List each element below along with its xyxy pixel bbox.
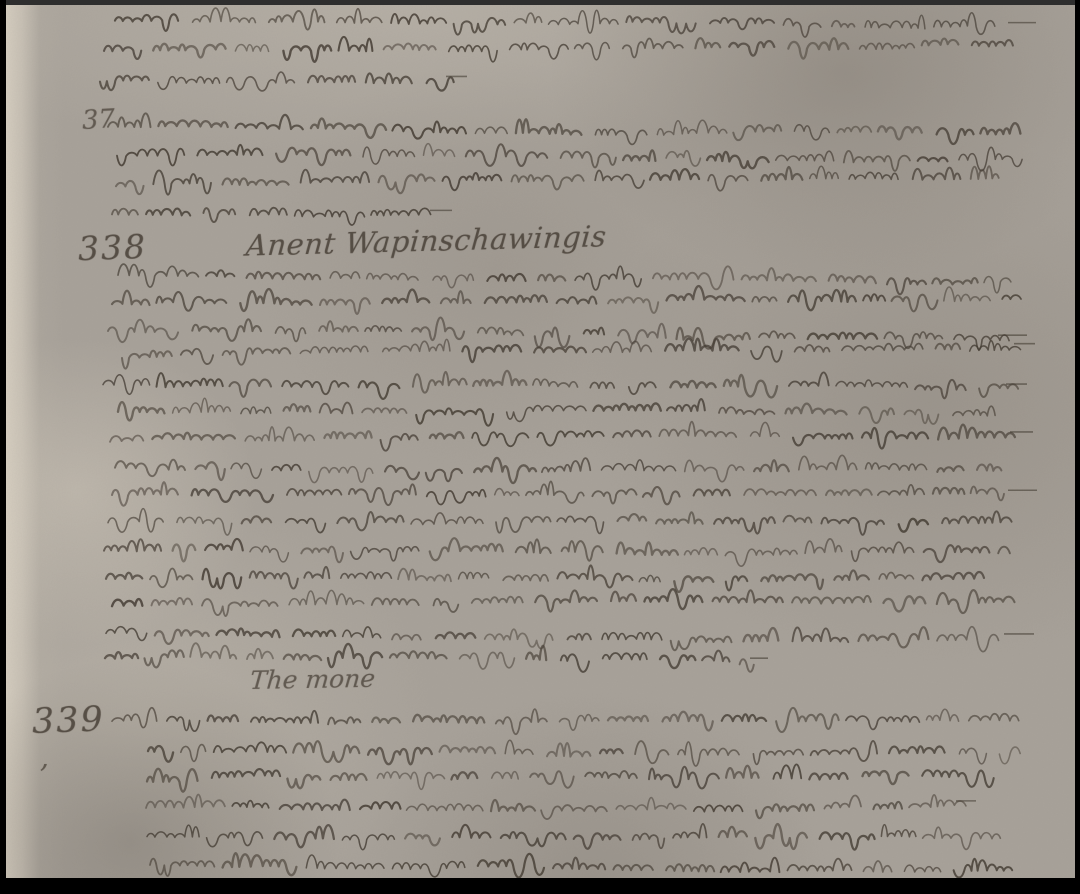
script-line-para-337-l2 — [844, 151, 910, 171]
script-line-para-339-l4 — [616, 798, 686, 810]
script-line-para-339-l2 — [959, 748, 986, 764]
script-line-para-338-l2 — [240, 289, 311, 311]
script-line-para-338-l5 — [590, 382, 614, 388]
script-line-para-338-l2 — [441, 291, 471, 303]
script-line-para-337-l3 — [708, 175, 748, 191]
script-line-para-338-l5 — [282, 381, 348, 394]
script-line-para-338-l15 — [284, 654, 322, 660]
script-line-para-338-l7 — [324, 431, 371, 438]
script-line-para-339-l2 — [600, 749, 623, 753]
script-line-para-339-l5 — [405, 834, 440, 846]
script-line-para-338-l14 — [858, 627, 928, 647]
script-line-para-337-l3 — [153, 170, 211, 194]
script-line-para-336-end-l1 — [865, 15, 925, 29]
script-line-para-337-l2 — [276, 148, 350, 165]
script-line-para-337-l1 — [158, 120, 227, 127]
script-line-para-338-l14 — [106, 627, 147, 641]
script-line-para-338-l6 — [284, 404, 311, 411]
script-line-para-338-l6 — [416, 408, 493, 425]
script-line-para-339-l6 — [306, 855, 384, 869]
script-line-para-339-l3 — [809, 773, 847, 779]
script-line-para-339-l5 — [342, 834, 394, 850]
photo-left-edge — [0, 0, 6, 894]
script-line-para-338-l4 — [665, 339, 739, 351]
script-line-para-339-l6 — [223, 853, 297, 875]
script-line-para-337-l2 — [623, 150, 655, 161]
script-line-para-338-l5 — [533, 379, 578, 387]
script-line-para-338-l14 — [392, 634, 421, 640]
margin-number-338: 338 — [77, 230, 147, 265]
script-line-para-337-l2 — [707, 152, 769, 168]
script-line-para-338-l14 — [744, 628, 779, 641]
script-line-para-336-end-l1 — [269, 9, 325, 29]
script-line-para-338-l11 — [562, 541, 603, 561]
script-line-para-338-l4 — [795, 345, 830, 352]
script-line-para-338-l5 — [915, 380, 966, 398]
script-line-para-339-l1 — [846, 716, 920, 729]
script-line-para-338-l5 — [670, 381, 715, 388]
script-line-para-338-l11 — [998, 547, 1010, 554]
script-line-para-339-l3 — [147, 769, 198, 792]
script-line-para-338-l11 — [205, 539, 243, 550]
script-line-para-337-l4 — [295, 210, 365, 225]
script-line-para-338-l8 — [474, 458, 536, 483]
script-line-para-338-l14 — [343, 627, 381, 638]
photo-top-edge — [0, 0, 1080, 5]
script-line-para-339-l2 — [547, 743, 590, 757]
script-line-para-338-l5 — [157, 373, 223, 387]
script-line-para-338-l8 — [542, 458, 590, 472]
script-line-para-338-l3 — [365, 326, 401, 332]
script-line-para-338-l6 — [719, 407, 774, 414]
script-line-para-339-l2 — [811, 741, 878, 761]
script-line-para-338-l2 — [788, 290, 856, 310]
script-line-para-338-l8 — [231, 463, 261, 478]
script-line-para-338-l7 — [613, 430, 651, 437]
script-line-para-338-l15 — [105, 652, 138, 658]
script-line-para-338-l5 — [230, 380, 272, 397]
script-line-para-338-l3 — [584, 328, 604, 335]
script-line-para-339-l1 — [208, 715, 239, 721]
script-line-para-338-l12 — [922, 572, 984, 580]
script-line-para-339-l4 — [407, 804, 483, 811]
script-line-para-338-l6 — [667, 399, 705, 411]
script-line-para-339-l6 — [150, 859, 214, 876]
script-line-para-338-l11 — [617, 542, 678, 554]
script-line-para-339-l2 — [440, 746, 496, 754]
script-line-para-338-l14 — [602, 633, 662, 640]
script-line-para-339-l1 — [608, 716, 648, 721]
script-line-para-338-l7 — [793, 433, 853, 445]
script-line-para-338-l3 — [618, 324, 666, 344]
script-line-para-337-l2 — [666, 151, 700, 166]
script-line-para-338-l4 — [970, 341, 1021, 351]
script-line-para-337-l3 — [595, 170, 644, 188]
script-line-para-336-end-l2 — [922, 39, 959, 46]
script-line-para-339-l1 — [776, 708, 839, 732]
script-line-para-336-end-l1 — [626, 16, 695, 33]
script-line-para-338-l5 — [103, 375, 150, 395]
script-line-para-339-l5 — [501, 832, 566, 846]
script-line-para-339-l4 — [694, 805, 743, 811]
script-line-para-337-l1 — [475, 127, 507, 133]
script-line-para-338-l14 — [217, 628, 280, 637]
script-line-para-339-l2 — [999, 747, 1020, 764]
script-line-para-338-l1 — [538, 275, 565, 281]
script-line-para-339-l3 — [863, 771, 909, 784]
script-line-para-339-l4 — [756, 804, 814, 818]
script-line-para-337-l1 — [311, 119, 386, 138]
script-line-para-337-l1 — [980, 123, 1020, 134]
script-line-para-337-l1 — [392, 121, 466, 138]
script-line-para-336-end-l1 — [549, 10, 619, 33]
script-line-para-338-l12 — [834, 570, 869, 579]
script-line-para-338-l5 — [724, 375, 777, 398]
script-line-para-338-l9 — [878, 485, 924, 495]
script-line-para-338-l14 — [671, 636, 732, 650]
script-line-para-338-l13 — [937, 590, 1015, 613]
script-line-para-336-end-l2 — [384, 43, 436, 50]
script-line-para-338-l2 — [944, 287, 990, 301]
script-line-para-338-l6 — [953, 406, 995, 416]
script-line-para-338-l11 — [173, 545, 196, 562]
script-line-para-338-l7 — [110, 436, 143, 442]
script-line-para-338-l4 — [936, 343, 961, 349]
script-line-para-338-l13 — [202, 599, 278, 616]
script-line-para-338-l11 — [430, 538, 503, 560]
script-line-para-338-l8 — [602, 460, 676, 471]
script-line-para-337-l3 — [223, 178, 289, 185]
script-line-para-338-l9 — [592, 489, 636, 503]
script-line-para-338-l15 — [460, 652, 515, 669]
script-line-para-336-end-l3 — [158, 77, 220, 90]
script-line-para-338-l10 — [783, 516, 811, 523]
script-line-para-339-l5 — [923, 827, 1001, 849]
script-line-para-339-l6 — [666, 864, 714, 871]
script-line-para-338-l2 — [382, 290, 429, 303]
script-line-para-338-l2 — [752, 297, 776, 302]
script-line-para-336-end-l2 — [449, 45, 497, 62]
script-line-para-339-l1 — [328, 717, 360, 724]
script-line-para-337-l2 — [776, 151, 834, 161]
script-line-para-336-end-l1 — [710, 18, 774, 29]
script-line-para-337-l2 — [197, 145, 262, 156]
script-line-para-338-l13 — [112, 599, 142, 606]
script-line-para-338-l8 — [799, 455, 857, 469]
script-line-para-339-l1 — [372, 718, 400, 723]
script-line-para-337-l1 — [236, 115, 303, 129]
script-line-para-338-l11 — [516, 539, 551, 553]
script-line-para-336-end-l2 — [860, 43, 915, 49]
script-line-para-338-l4 — [181, 349, 213, 364]
script-line-para-338-l2 — [1002, 295, 1021, 299]
script-line-para-338-l6 — [507, 406, 586, 422]
script-line-para-338-l3 — [759, 331, 795, 338]
script-line-para-338-l4 — [593, 341, 652, 352]
script-line-para-338-l6 — [362, 408, 406, 413]
script-line-para-336-end-l2 — [153, 44, 225, 58]
script-line-para-339-l1 — [112, 708, 157, 728]
handwriting-layer — [0, 0, 1080, 894]
script-line-para-336-end-l2 — [788, 38, 848, 58]
script-line-para-338-l15 — [145, 650, 184, 667]
script-line-para-339-l2 — [635, 741, 668, 763]
script-line-para-338-l8 — [754, 460, 789, 471]
script-line-para-338-l2 — [557, 297, 597, 304]
script-line-para-338-l6 — [859, 407, 894, 423]
script-line-para-338-l12 — [879, 572, 913, 579]
script-line-para-338-l12 — [726, 576, 748, 590]
script-line-para-336-end-l1 — [514, 13, 542, 23]
script-line-para-338-l7 — [751, 422, 780, 436]
script-line-para-339-l5 — [673, 824, 707, 838]
script-line-para-338-l11 — [725, 548, 797, 566]
script-line-para-339-l2 — [505, 740, 533, 754]
script-line-para-339-l2 — [678, 742, 739, 766]
script-line-para-338-l6 — [786, 404, 847, 415]
script-line-para-339-l3 — [451, 772, 477, 779]
script-line-para-338-l1 — [742, 268, 816, 281]
script-line-para-337-l3 — [650, 169, 699, 180]
script-line-para-339-l5 — [820, 832, 875, 849]
script-line-para-338-l1 — [984, 276, 1011, 292]
script-line-para-337-l1 — [794, 125, 829, 140]
script-line-para-338-l15 — [526, 646, 546, 660]
script-line-para-338-l1 — [575, 266, 641, 290]
script-line-para-339-l1 — [663, 712, 713, 731]
script-line-para-339-l5 — [574, 833, 621, 848]
script-line-para-339-l2 — [368, 748, 432, 764]
photo-right-edge — [1075, 0, 1080, 894]
script-line-para-338-l9 — [526, 481, 584, 503]
script-line-para-337-l4 — [203, 208, 235, 222]
script-line-para-338-l1 — [829, 274, 876, 283]
script-line-para-339-l6 — [392, 862, 464, 877]
script-line-para-338-l9 — [427, 490, 486, 505]
script-line-para-338-l3 — [535, 328, 570, 348]
script-line-para-339-l3 — [726, 766, 758, 778]
script-line-para-338-l2 — [667, 286, 745, 301]
script-line-para-339-l3 — [287, 775, 320, 788]
script-line-para-338-l6 — [593, 403, 660, 410]
script-line-para-338-l2 — [892, 295, 938, 312]
manuscript-photo: 37 338 Anent Wapinschawingis The mone 33… — [0, 0, 1080, 894]
script-line-para-338-l11 — [805, 539, 842, 553]
script-line-para-337-l3 — [810, 166, 839, 178]
script-line-para-338-l10 — [656, 512, 703, 524]
script-line-para-336-end-l2 — [695, 38, 720, 48]
script-line-para-338-l13 — [884, 596, 926, 611]
script-line-para-338-l3 — [884, 332, 942, 348]
script-line-para-336-end-l3 — [227, 72, 295, 91]
script-line-para-338-l9 — [192, 489, 273, 502]
script-line-para-338-l9 — [495, 489, 519, 496]
script-line-para-337-l4 — [112, 209, 138, 215]
script-line-para-339-l3 — [492, 772, 519, 779]
script-line-para-338-l10 — [108, 509, 163, 533]
script-line-para-339-l1 — [251, 711, 318, 723]
script-line-para-338-l5 — [359, 381, 400, 399]
script-line-para-339-l4 — [232, 801, 268, 808]
script-line-para-338-l15 — [561, 654, 589, 672]
script-line-para-336-end-l2 — [235, 45, 268, 52]
script-line-para-338-l5 — [413, 372, 467, 393]
script-line-para-338-l6 — [173, 398, 231, 413]
script-line-para-338-l15 — [740, 659, 754, 672]
script-line-para-338-l13 — [434, 599, 459, 612]
script-line-para-339-l6 — [721, 858, 780, 872]
script-line-para-338-l9 — [694, 489, 730, 495]
script-line-para-338-l15 — [660, 655, 695, 668]
script-line-para-339-l4 — [360, 802, 401, 809]
script-line-para-338-l14 — [293, 629, 335, 636]
script-line-para-336-end-l3 — [308, 76, 355, 83]
script-line-para-338-l8 — [115, 460, 185, 476]
script-line-para-338-l1 — [932, 278, 977, 284]
script-line-para-338-l7 — [245, 427, 314, 441]
script-line-para-337-l4 — [250, 208, 287, 216]
script-line-para-338-l9 — [826, 489, 872, 495]
script-line-para-338-l1 — [367, 273, 418, 280]
script-line-para-339-l6 — [478, 854, 544, 878]
heading-the-mone: The mone — [249, 666, 376, 693]
margin-number-339: 339 — [31, 703, 105, 741]
script-line-para-338-l7 — [862, 428, 928, 449]
script-line-para-338-l2 — [156, 292, 226, 311]
script-line-para-338-l10 — [942, 511, 1011, 523]
script-line-para-338-l14 — [436, 632, 476, 638]
script-line-para-339-l2 — [889, 746, 945, 753]
script-line-para-339-l1 — [722, 714, 766, 721]
script-line-para-339-l5 — [207, 832, 263, 847]
script-line-para-338-l12 — [557, 565, 632, 587]
script-line-para-338-l1 — [206, 270, 234, 277]
script-line-para-339-l3 — [212, 769, 280, 778]
script-line-para-336-end-l1 — [115, 14, 178, 31]
script-line-para-338-l12 — [674, 576, 713, 591]
script-line-para-338-l2 — [485, 295, 547, 303]
script-line-para-338-l1 — [247, 272, 321, 280]
script-line-para-338-l11 — [250, 546, 288, 562]
script-line-para-338-l5 — [979, 384, 1018, 397]
script-line-para-337-l3 — [301, 170, 370, 183]
script-line-para-339-l6 — [553, 858, 605, 870]
script-line-para-337-l2 — [117, 149, 184, 166]
script-line-para-337-l3 — [379, 174, 435, 193]
script-line-para-338-l3 — [319, 321, 358, 332]
script-line-para-339-l3 — [377, 772, 444, 790]
script-line-para-338-l5 — [836, 380, 907, 387]
script-line-para-338-l13 — [535, 590, 597, 611]
script-line-para-339-l6 — [787, 859, 851, 872]
script-line-para-338-l10 — [286, 518, 326, 532]
script-line-para-339-l3 — [585, 771, 637, 778]
script-line-para-337-l1 — [733, 125, 781, 140]
script-line-para-338-l13 — [644, 589, 702, 609]
script-line-para-338-l7 — [659, 422, 736, 437]
script-line-para-336-end-l1 — [783, 19, 820, 37]
script-line-para-338-l2 — [320, 298, 370, 314]
script-line-para-338-l9 — [933, 488, 965, 494]
script-line-para-336-end-l2 — [623, 39, 683, 58]
script-line-para-339-l6 — [863, 861, 891, 872]
script-line-para-339-l3 — [773, 764, 801, 778]
script-line-para-338-l15 — [247, 649, 273, 659]
script-line-para-338-l3 — [808, 333, 877, 340]
script-line-para-338-l12 — [341, 572, 392, 579]
script-line-para-339-l3 — [649, 767, 719, 789]
script-line-para-339-l5 — [147, 825, 199, 837]
script-line-para-337-l3 — [913, 168, 961, 180]
script-line-para-336-end-l3 — [366, 73, 412, 83]
script-line-para-338-l14 — [937, 627, 998, 652]
script-line-para-338-l9 — [744, 489, 816, 495]
script-line-para-339-l3 — [922, 770, 993, 787]
script-line-para-337-l3 — [443, 173, 502, 190]
script-line-para-336-end-l3 — [100, 76, 149, 91]
script-line-para-337-l3 — [116, 181, 144, 194]
script-line-para-338-l10 — [177, 517, 232, 535]
script-line-para-338-l13 — [289, 590, 364, 605]
script-line-para-339-l4 — [280, 800, 350, 810]
script-line-para-339-l1 — [969, 714, 1019, 721]
script-line-para-338-l4 — [300, 346, 368, 353]
script-line-para-338-l11 — [852, 542, 914, 561]
script-line-para-336-end-l2 — [972, 40, 1013, 46]
script-line-para-338-l11 — [104, 539, 161, 551]
script-line-para-336-end-l1 — [934, 13, 995, 35]
script-line-para-338-l10 — [242, 516, 271, 523]
script-line-para-338-l13 — [472, 597, 523, 603]
script-line-para-338-l7 — [381, 434, 418, 451]
script-line-para-338-l15 — [603, 653, 647, 660]
script-line-para-338-l10 — [411, 513, 483, 525]
script-line-para-338-l12 — [203, 569, 242, 589]
script-line-para-339-l4 — [541, 805, 607, 819]
script-line-para-339-l3 — [331, 773, 367, 780]
script-line-para-338-l9 — [643, 487, 680, 504]
script-line-para-339-l5 — [719, 827, 747, 837]
script-line-para-337-l1 — [595, 129, 646, 144]
script-line-para-338-l9 — [971, 487, 1004, 501]
script-line-para-338-l6 — [241, 407, 271, 414]
script-line-para-338-l9 — [287, 489, 342, 496]
script-line-para-338-l12 — [150, 569, 193, 588]
script-line-para-339-l4 — [873, 802, 902, 809]
script-line-para-337-l2 — [561, 151, 616, 167]
script-line-para-338-l13 — [611, 592, 636, 602]
script-line-para-338-l10 — [714, 517, 775, 534]
script-line-para-338-l1 — [330, 272, 360, 279]
script-line-para-338-l13 — [152, 598, 193, 605]
script-line-para-338-l3 — [412, 318, 464, 341]
script-line-para-339-l6 — [954, 859, 1013, 878]
script-line-para-337-l3 — [512, 175, 584, 189]
script-line-para-338-l8 — [272, 465, 301, 471]
script-line-para-338-l8 — [195, 462, 224, 480]
script-line-para-338-l13 — [372, 598, 419, 605]
script-line-para-337-l3 — [761, 167, 802, 181]
script-line-para-338-l10 — [496, 517, 551, 533]
script-line-para-338-l12 — [761, 574, 823, 589]
script-line-para-338-l6 — [904, 410, 938, 424]
script-line-para-338-l14 — [155, 630, 209, 644]
script-line-para-336-end-l1 — [832, 21, 855, 27]
script-line-para-338-l5 — [473, 371, 526, 386]
script-line-para-336-end-l1 — [193, 8, 256, 23]
script-line-para-338-l8 — [426, 469, 462, 481]
script-line-para-338-l12 — [459, 572, 489, 579]
